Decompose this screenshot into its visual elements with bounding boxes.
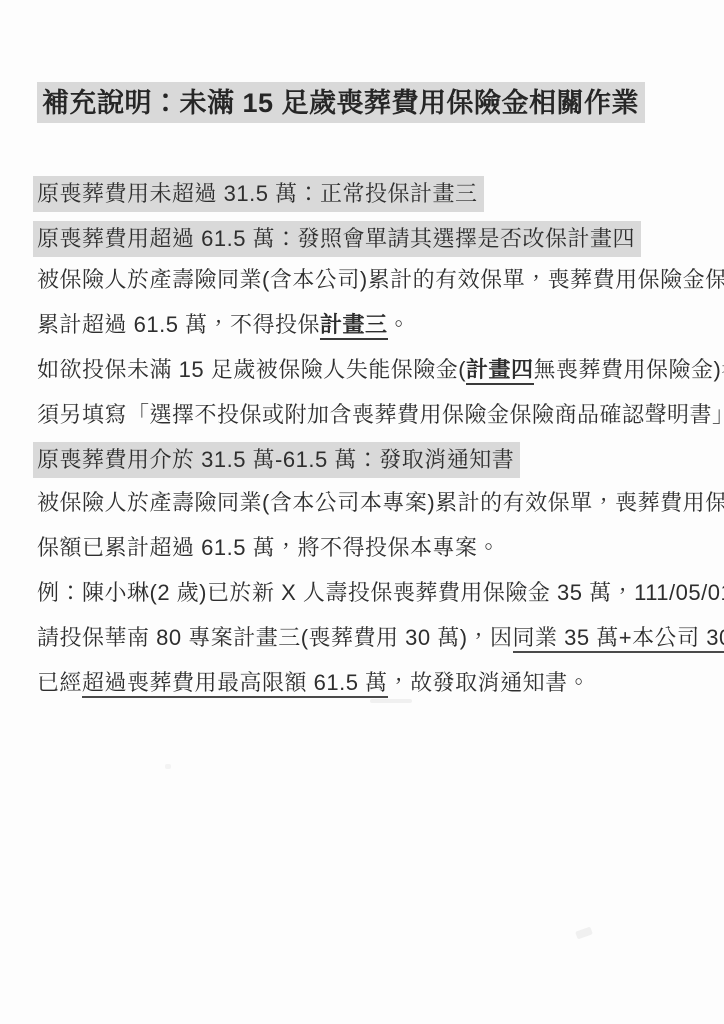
paragraph-text: 累計超過 61.5 萬，不得投保 xyxy=(37,312,320,337)
paragraph-text: 。 xyxy=(388,312,411,337)
paragraph-text: 例：陳小琳(2 歲)已於新 X 人壽投保喪葬費用保險金 35 萬，111/05/… xyxy=(37,580,724,605)
example-paragraph-2: 請投保華南 80 專案計畫三(喪葬費用 30 萬)，因同業 35 萬+本公司 3… xyxy=(37,623,724,653)
paragraph-text: 請投保華南 80 專案計畫三(喪葬費用 30 萬)，因 xyxy=(37,625,513,650)
page-title-highlight: 補充說明：未滿 15 足歲喪葬費用保險金相關作業 xyxy=(37,82,645,123)
paragraph-text: 須另填寫「選擇不投保或附加含喪葬費用保險金保險商品確認聲明書」。 xyxy=(37,402,724,427)
rule-between-line: 原喪葬費用介於 31.5 萬-61.5 萬：發取消通知書 xyxy=(37,442,520,478)
paragraph-text: 保額已累計超過 61.5 萬，將不得投保本專案。 xyxy=(37,535,500,560)
paragraph-accumulated-policies-2: 累計超過 61.5 萬，不得投保計畫三。 xyxy=(37,310,410,340)
rule-under-31-5-line: 原喪葬費用未超過 31.5 萬：正常投保計畫三 xyxy=(37,176,484,212)
scan-artifact xyxy=(165,764,171,769)
document-page: 補充說明：未滿 15 足歲喪葬費用保險金相關作業 原喪葬費用未超過 31.5 萬… xyxy=(0,0,724,1024)
plan-three-emphasis: 計畫三 xyxy=(320,312,388,340)
scan-artifact xyxy=(370,699,412,703)
paragraph-disability-benefit-2: 須另填寫「選擇不投保或附加含喪葬費用保險金保險商品確認聲明書」。 xyxy=(37,400,724,430)
rule-under-31-5-heading: 原喪葬費用未超過 31.5 萬：正常投保計畫三 xyxy=(33,176,484,212)
rule-over-61-5-line: 原喪葬費用超過 61.5 萬：發照會單請其選擇是否改保計畫四 xyxy=(37,221,641,257)
example-paragraph-1: 例：陳小琳(2 歲)已於新 X 人壽投保喪葬費用保險金 35 萬，111/05/… xyxy=(37,578,724,608)
plan-four-emphasis: 計畫四 xyxy=(466,357,534,385)
rule-over-61-5-heading: 原喪葬費用超過 61.5 萬：發照會單請其選擇是否改保計畫四 xyxy=(33,221,641,257)
rule-between-heading: 原喪葬費用介於 31.5 萬-61.5 萬：發取消通知書 xyxy=(33,442,520,478)
limit-underline: 超過喪葬費用最高限額 61.5 萬 xyxy=(82,670,388,698)
paragraph-text: 已經 xyxy=(37,670,82,695)
paragraph-notice-1: 被保險人於產壽險同業(含本公司本專案)累計的有效保單，喪葬費用保險金 xyxy=(37,488,724,518)
paragraph-text: 被保險人於產壽險同業(含本公司)累計的有效保單，喪葬費用保險金保額已 xyxy=(37,267,724,292)
example-paragraph-3: 已經超過喪葬費用最高限額 61.5 萬，故發取消通知書。 xyxy=(37,668,590,698)
paragraph-accumulated-policies-1: 被保險人於產壽險同業(含本公司)累計的有效保單，喪葬費用保險金保額已 xyxy=(37,265,724,295)
paragraph-text: 被保險人於產壽險同業(含本公司本專案)累計的有效保單，喪葬費用保險金 xyxy=(37,490,724,515)
paragraph-disability-benefit-1: 如欲投保未滿 15 足歲被保險人失能保險金(計畫四無喪葬費用保險金)者， xyxy=(37,355,724,385)
paragraph-notice-2: 保額已累計超過 61.5 萬，將不得投保本專案。 xyxy=(37,533,500,563)
scan-artifact xyxy=(575,927,593,940)
paragraph-text: 如欲投保未滿 15 足歲被保險人失能保險金( xyxy=(37,357,466,382)
sum-underline: 同業 35 萬+本公司 30 萬 xyxy=(513,625,724,653)
paragraph-text: 無喪葬費用保險金)者， xyxy=(534,357,724,382)
page-title: 補充說明：未滿 15 足歲喪葬費用保險金相關作業 xyxy=(37,82,645,123)
paragraph-text: ，故發取消通知書。 xyxy=(388,670,591,695)
